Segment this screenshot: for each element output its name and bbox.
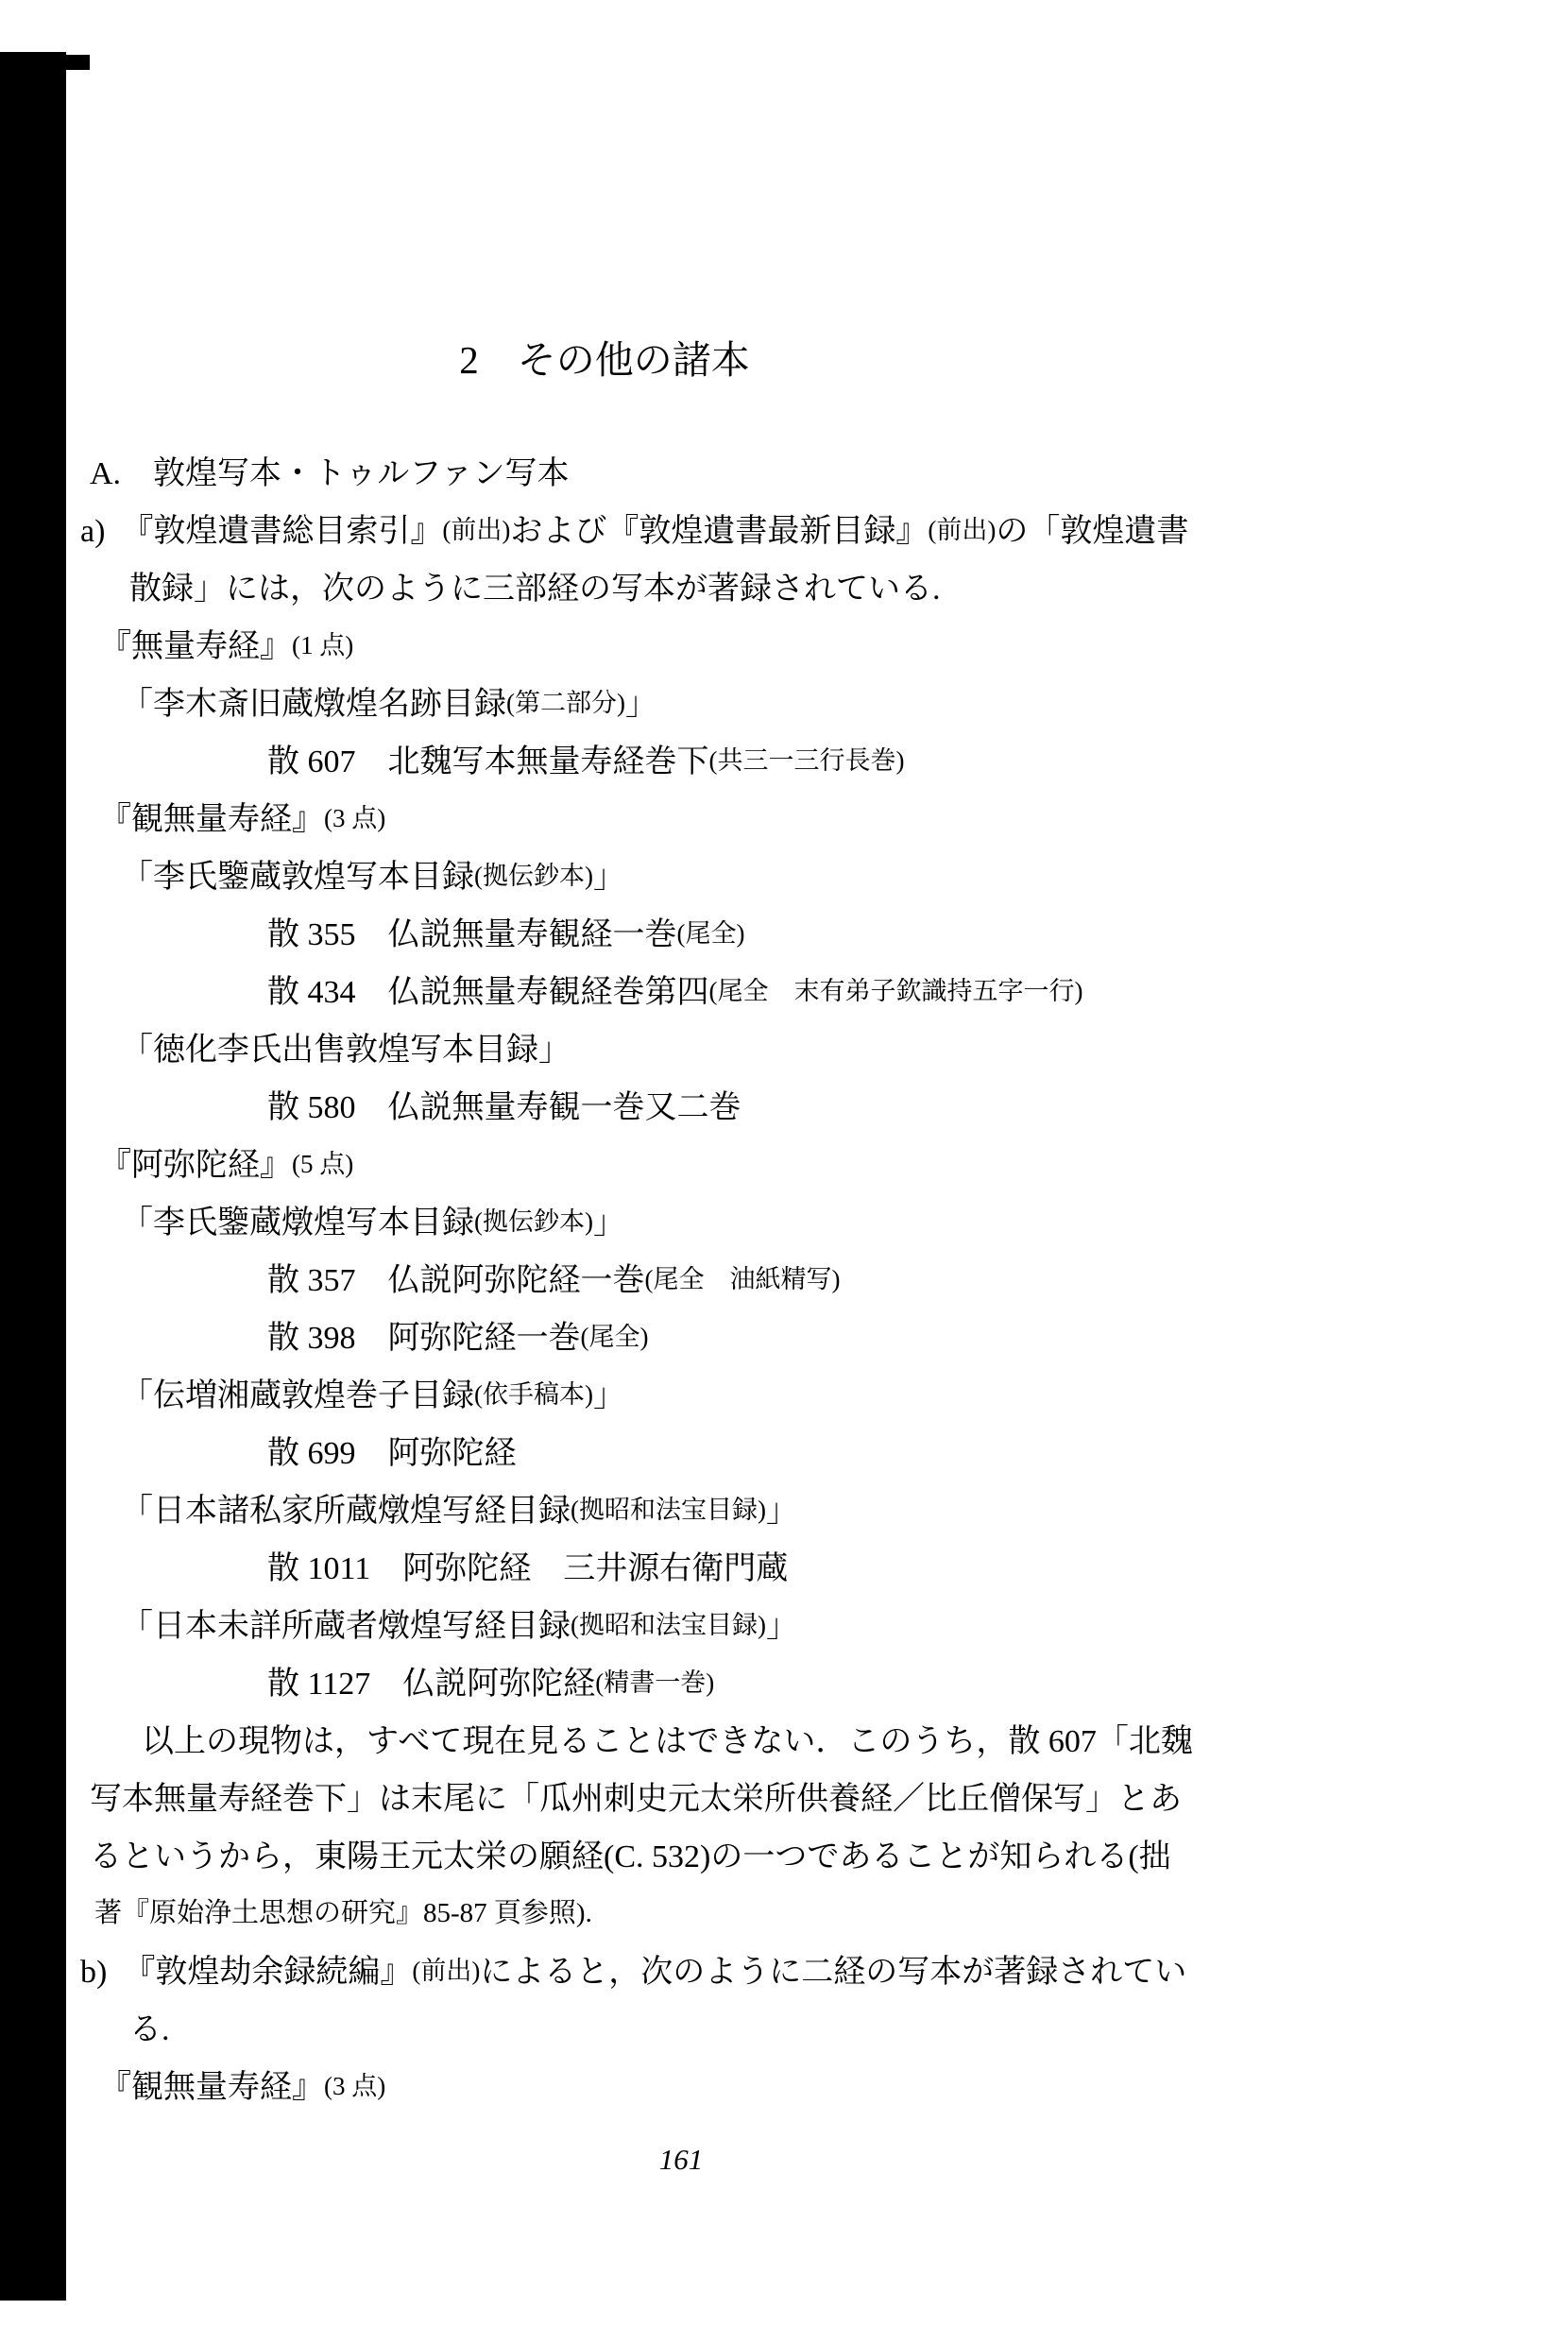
text-segment: (尾全) [677, 913, 745, 950]
text-segment: (尾全) [581, 1316, 649, 1353]
text-segment: (尾全 末有弟子欽識持五字一行) [709, 970, 1083, 1007]
text-segment: 散 398 阿弥陀経一巻 [267, 1311, 581, 1358]
text-segment: (前出) [928, 509, 996, 546]
line-item-b-cont: る. [0, 1997, 1568, 2055]
text-segment: 」 [766, 1484, 798, 1531]
text-segment: 「李木斎旧蔵燉煌名跡目録 [121, 677, 506, 724]
text-segment: (1 点) [292, 624, 353, 661]
text-segment: (5 点) [292, 1143, 353, 1180]
text-body: A. 敦煌写本・トゥルファン写本a) 『敦煌遺書総目索引』(前出)および『敦煌遺… [0, 441, 1568, 2113]
line-sutra-kanmuryojukyo: 『観無量寿経』(3 点) [0, 787, 1568, 845]
text-segment: (3 点) [324, 2065, 385, 2102]
text-segment: および『敦煌遺書最新目録』 [510, 505, 928, 551]
line-item-b: b) 『敦煌劫余録続編』(前出)によると，次のように二経の写本が著録されてい [0, 1940, 1568, 1997]
text-segment: (前出) [442, 509, 510, 546]
text-segment: の「敦煌遺書 [996, 505, 1188, 551]
text-segment: によると，次のように二経の写本が著録されてい [480, 1945, 1186, 1992]
text-segment: 散録」には，次のように三部経の写本が著録されている. [129, 562, 941, 608]
text-segment: (尾全 油紙精写) [645, 1258, 841, 1295]
line-item-a: a) 『敦煌遺書総目索引』(前出)および『敦煌遺書最新目録』(前出)の「敦煌遺書 [0, 499, 1568, 556]
text-segment: 「日本諸私家所蔵燉煌写経目録 [121, 1484, 571, 1531]
line-entry-san580: 散 580 仏説無量寿観一巻又二巻 [0, 1075, 1568, 1133]
text-segment: 散 355 仏説無量寿観経一巻 [267, 908, 677, 954]
text-segment: 散 699 阿弥陀経 [267, 1427, 517, 1473]
line-entry-san1127: 散 1127 仏説阿弥陀経(精書一巻) [0, 1651, 1568, 1709]
text-segment: 」 [766, 1600, 798, 1646]
line-para-2: 写本無量寿経巻下」は末尾に「瓜州刺史元太栄所供養経／比丘僧保写」とあ [0, 1767, 1568, 1824]
text-segment: a) 『敦煌遺書総目索引』 [80, 505, 442, 551]
line-sutra-kanmuryojukyo-2: 『観無量寿経』(3 点) [0, 2055, 1568, 2113]
text-segment: 「李氏鑒蔵敦煌写本目録 [121, 850, 474, 897]
text-segment: 」 [593, 1196, 625, 1242]
line-catalog-nihonmisho: 「日本未詳所蔵者燉煌写経目録(拠昭和法宝目録)」 [0, 1594, 1568, 1651]
scanned-book-page: 2 その他の諸本 A. 敦煌写本・トゥルファン写本a) 『敦煌遺書総目索引』(前… [0, 0, 1568, 2344]
line-item-a-cont: 散録」には，次のように三部経の写本が著録されている. [0, 556, 1568, 614]
line-sutra-muryojukyo: 『無量寿経』(1 点) [0, 614, 1568, 672]
text-segment: 散 357 仏説阿弥陀経一巻 [267, 1254, 645, 1300]
line-catalog-nihonshoshika: 「日本諸私家所蔵燉煌写経目録(拠昭和法宝目録)」 [0, 1479, 1568, 1536]
line-para-note: 著『原始浄土思想の研究』85-87 頁参照). [0, 1882, 1568, 1940]
text-segment: (前出) [412, 1950, 480, 1987]
line-section-a: A. 敦煌写本・トゥルファン写本 [0, 441, 1568, 499]
text-segment: 散 1011 阿弥陀経 三井源右衛門蔵 [267, 1542, 788, 1588]
text-segment: (拠昭和法宝目録) [571, 1604, 766, 1641]
text-segment: る. [129, 2003, 170, 2049]
text-segment: 「伝増湘蔵敦煌巻子目録 [121, 1369, 474, 1415]
text-segment: A. 敦煌写本・トゥルファン写本 [90, 447, 570, 493]
text-segment: 「徳化李氏出售敦煌写本目録」 [121, 1023, 571, 1069]
text-segment: (拠昭和法宝目録) [571, 1489, 766, 1526]
text-segment: 著『原始浄土思想の研究』85-87 頁参照). [94, 1891, 592, 1930]
line-entry-san398: 散 398 阿弥陀経一巻(尾全) [0, 1306, 1568, 1363]
text-segment: 」 [593, 1369, 625, 1415]
line-entry-san355: 散 355 仏説無量寿観経一巻(尾全) [0, 902, 1568, 960]
text-segment: 『観無量寿経』 [99, 793, 324, 839]
text-segment: 写本無量寿経巻下」は末尾に「瓜州刺史元太栄所供養経／比丘僧保写」とあ [90, 1772, 1182, 1819]
text-segment: (3 点) [324, 797, 385, 834]
text-segment: 」 [593, 850, 625, 897]
text-segment: 以上の現物は，すべて現在見ることはできない．このうち，散 607「北魏 [142, 1715, 1193, 1761]
text-segment: 散 580 仏説無量寿観一巻又二巻 [267, 1081, 741, 1127]
text-segment: b) 『敦煌劫余録続編』 [80, 1945, 412, 1992]
line-entry-san1011: 散 1011 阿弥陀経 三井源右衛門蔵 [0, 1536, 1568, 1594]
line-sutra-amidakyo: 『阿弥陀経』(5 点) [0, 1133, 1568, 1190]
text-segment: 『無量寿経』 [99, 620, 292, 666]
text-segment: (依手稿本) [474, 1374, 593, 1411]
line-catalog-rimokusai: 「李木斎旧蔵燉煌名跡目録(第二部分)」 [0, 672, 1568, 729]
text-segment: (共三一三行長巻) [709, 740, 905, 777]
text-segment: (第二部分) [506, 682, 625, 719]
text-segment: 散 607 北魏写本無量寿経巻下 [267, 735, 709, 781]
text-segment: 散 1127 仏説阿弥陀経 [267, 1657, 595, 1703]
line-entry-san699: 散 699 阿弥陀経 [0, 1421, 1568, 1479]
text-segment: 「李氏鑒蔵燉煌写本目録 [121, 1196, 474, 1242]
line-entry-san434: 散 434 仏説無量寿観経巻第四(尾全 末有弟子欽識持五字一行) [0, 960, 1568, 1018]
line-entry-san357: 散 357 仏説阿弥陀経一巻(尾全 油紙精写) [0, 1248, 1568, 1306]
line-para-1: 以上の現物は，すべて現在見ることはできない．このうち，散 607「北魏 [0, 1709, 1568, 1767]
line-catalog-rishikan-1: 「李氏鑒蔵敦煌写本目録(拠伝鈔本)」 [0, 845, 1568, 902]
section-heading: 2 その他の諸本 [0, 329, 1209, 385]
line-para-3: るというから，東陽王元太栄の願経(C. 532)の一つであることが知られる(拙 [0, 1824, 1568, 1882]
text-segment: 『観無量寿経』 [99, 2061, 324, 2107]
text-segment: 『阿弥陀経』 [99, 1138, 292, 1185]
text-segment: (拠伝鈔本) [474, 1201, 593, 1238]
page-number: 161 [0, 2143, 1362, 2177]
text-segment: (拠伝鈔本) [474, 855, 593, 892]
text-segment: るというから，東陽王元太栄の願経(C. 532)の一つであることが知られる(拙 [90, 1830, 1171, 1876]
line-catalog-tokuka: 「徳化李氏出售敦煌写本目録」 [0, 1018, 1568, 1075]
line-entry-san607: 散 607 北魏写本無量寿経巻下(共三一三行長巻) [0, 729, 1568, 787]
line-catalog-rishikan-2: 「李氏鑒蔵燉煌写本目録(拠伝鈔本)」 [0, 1190, 1568, 1248]
text-segment: 」 [625, 677, 657, 724]
text-segment: (精書一巻) [595, 1662, 714, 1699]
text-segment: 散 434 仏説無量寿観経巻第四 [267, 966, 709, 1012]
text-segment: 「日本未詳所蔵者燉煌写経目録 [121, 1600, 571, 1646]
line-catalog-denzosho: 「伝増湘蔵敦煌巻子目録(依手稿本)」 [0, 1363, 1568, 1421]
